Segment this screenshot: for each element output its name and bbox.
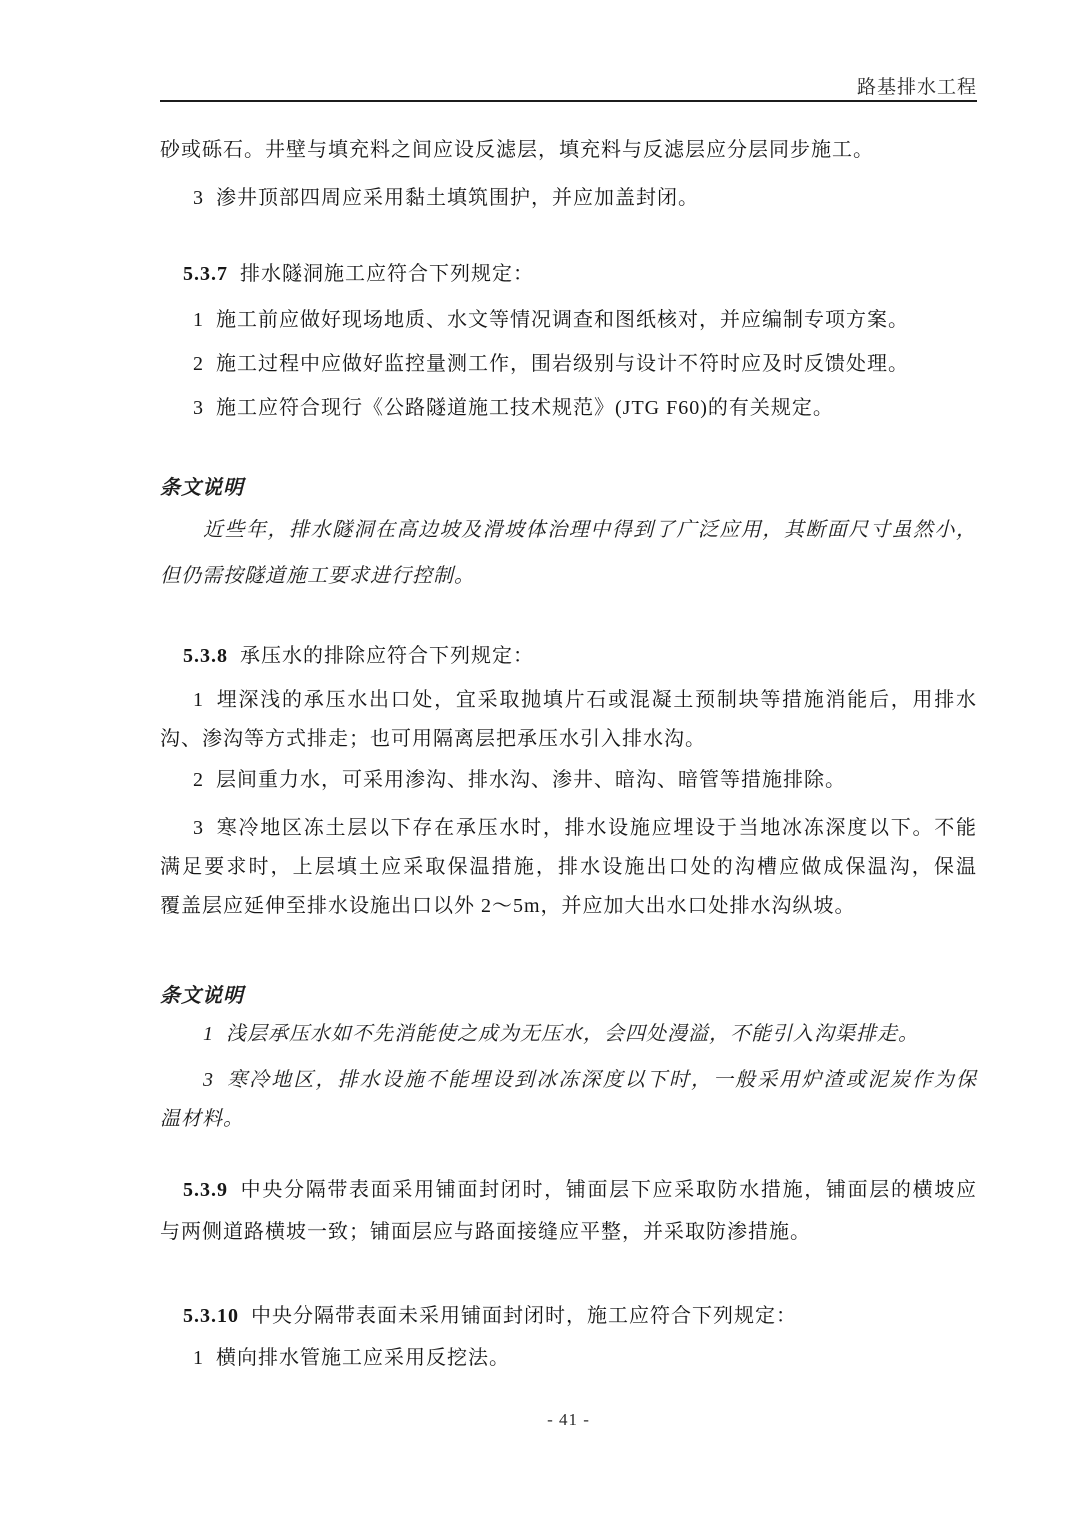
section-title: 排水隧洞施工应符合下列规定： [240,263,534,285]
item-number: 1 [193,309,204,331]
section-line: 与两侧道路横坡一致；铺面层应与路面接缝应平整，并采取防渗措施。 [160,1211,977,1253]
note-label: 条文说明 [160,983,977,1009]
section-number: 5.3.8 [183,645,228,667]
section-line: 5.3.9中央分隔带表面采用铺面封闭时，铺面层下应采取防水措施，铺面层的横坡应 [160,1169,977,1211]
note-line: 3寒冷地区，排水设施不能埋设到冰冻深度以下时，一般采用炉渣或泥炭作为保 [160,1061,977,1100]
document-page: 路基排水工程 砂或砾石。井壁与填充料之间应设反滤层，填充料与反滤层应分层同步施工… [0,0,1074,1520]
item-number: 3 [193,187,204,209]
item-text: 渗井顶部四周应采用黏土填筑围护，并应加盖封闭。 [216,187,699,209]
note-1-paragraph: 近些年，排水隧洞在高边坡及滑坡体治理中得到了广泛应用，其断面尺寸虽然小， 但仍需… [160,507,977,599]
section-number: 5.3.9 [183,1179,228,1201]
section-5-3-7-item-3: 3施工应符合现行《公路隧道施工技术规范》(JTG F60)的有关规定。 [160,395,1010,421]
item-text: 埋深浅的承压水出口处，宜采取抛填片石或混凝土预制块等措施消能后，用排水 [216,689,977,711]
item-text: 施工前应做好现场地质、水文等情况调查和图纸核对，并应编制专项方案。 [216,309,909,331]
section-title: 中央分隔带表面未采用铺面封闭时，施工应符合下列规定： [251,1305,797,1327]
section-5-3-10-heading: 5.3.10中央分隔带表面未采用铺面封闭时，施工应符合下列规定： [160,1303,1000,1329]
note-2-item-1: 1浅层承压水如不先消能使之成为无压水，会四处漫溢，不能引入沟渠排走。 [160,1021,1020,1047]
header-title: 路基排水工程 [160,76,977,100]
item-number: 2 [193,769,204,791]
item-text: 横向排水管施工应采用反挖法。 [216,1347,510,1369]
section-5-3-8-heading: 5.3.8承压水的排除应符合下列规定： [160,643,1000,669]
item-line: 沟、渗沟等方式排走；也可用隔离层把承压水引入排水沟。 [160,720,977,759]
section-5-3-8-item-3: 3寒冷地区冻土层以下存在承压水时，排水设施应埋设于当地冰冻深度以下。不能 满足要… [160,809,977,926]
item-number: 3 [193,817,204,839]
item-text: 施工应符合现行《公路隧道施工技术规范》(JTG F60)的有关规定。 [216,397,834,419]
section-5-3-8-item-1: 1埋深浅的承压水出口处，宜采取抛填片石或混凝土预制块等措施消能后，用排水 沟、渗… [160,681,977,759]
item-text: 浅层承压水如不先消能使之成为无压水，会四处漫溢，不能引入沟渠排走。 [226,1023,919,1045]
item-number: 2 [193,353,204,375]
item-line: 覆盖层应延伸至排水设施出口以外 2～5m，并应加大出水口处排水沟纵坡。 [160,887,977,926]
note-line: 温材料。 [160,1100,977,1139]
item-line: 满足要求时，上层填土应采取保温措施，排水设施出口处的沟槽应做成保温沟，保温 [160,848,977,887]
section-number: 5.3.10 [183,1305,239,1327]
page-number: - 41 - [160,1409,977,1431]
item-number: 1 [203,1023,214,1045]
item-number: 3 [193,397,204,419]
item-number: 3 [203,1069,214,1091]
note-line: 但仍需按隧道施工要求进行控制。 [160,553,977,599]
item-text: 施工过程中应做好监控量测工作，围岩级别与设计不符时应及时反馈处理。 [216,353,909,375]
note-line: 近些年，排水隧洞在高边坡及滑坡体治理中得到了广泛应用，其断面尺寸虽然小， [160,507,977,553]
section-5-3-9: 5.3.9中央分隔带表面采用铺面封闭时，铺面层下应采取防水措施，铺面层的横坡应 … [160,1169,977,1253]
item-line: 3寒冷地区冻土层以下存在承压水时，排水设施应埋设于当地冰冻深度以下。不能 [160,809,977,848]
item-text: 寒冷地区，排水设施不能埋设到冰冻深度以下时，一般采用炉渣或泥炭作为保 [226,1069,977,1091]
section-5-3-8-item-2: 2层间重力水，可采用渗沟、排水沟、渗井、暗沟、暗管等措施排除。 [160,767,1010,793]
header-rule [160,100,977,102]
item-line: 1埋深浅的承压水出口处，宜采取抛填片石或混凝土预制块等措施消能后，用排水 [160,681,977,720]
paragraph-carryover: 砂或砾石。井壁与填充料之间应设反滤层，填充料与反滤层应分层同步施工。 [160,137,977,163]
section-5-3-7-heading: 5.3.7排水隧洞施工应符合下列规定： [160,261,1000,287]
item-number: 1 [193,1347,204,1369]
note-label: 条文说明 [160,475,977,501]
item-text: 层间重力水，可采用渗沟、排水沟、渗井、暗沟、暗管等措施排除。 [216,769,846,791]
item-number: 1 [193,689,204,711]
section-5-3-10-item-1: 1横向排水管施工应采用反挖法。 [160,1345,1010,1371]
section-5-3-7-item-2: 2施工过程中应做好监控量测工作，围岩级别与设计不符时应及时反馈处理。 [160,351,1010,377]
section-text: 中央分隔带表面采用铺面封闭时，铺面层下应采取防水措施，铺面层的横坡应 [240,1179,977,1201]
section-5-3-7-item-1: 1施工前应做好现场地质、水文等情况调查和图纸核对，并应编制专项方案。 [160,307,1010,333]
item-text: 寒冷地区冻土层以下存在承压水时，排水设施应埋设于当地冰冻深度以下。不能 [216,817,977,839]
section-number: 5.3.7 [183,263,228,285]
note-2-item-3: 3寒冷地区，排水设施不能埋设到冰冻深度以下时，一般采用炉渣或泥炭作为保 温材料。 [160,1061,977,1139]
item-seepwell: 3渗井顶部四周应采用黏土填筑围护，并应加盖封闭。 [160,185,1010,211]
section-title: 承压水的排除应符合下列规定： [240,645,534,667]
